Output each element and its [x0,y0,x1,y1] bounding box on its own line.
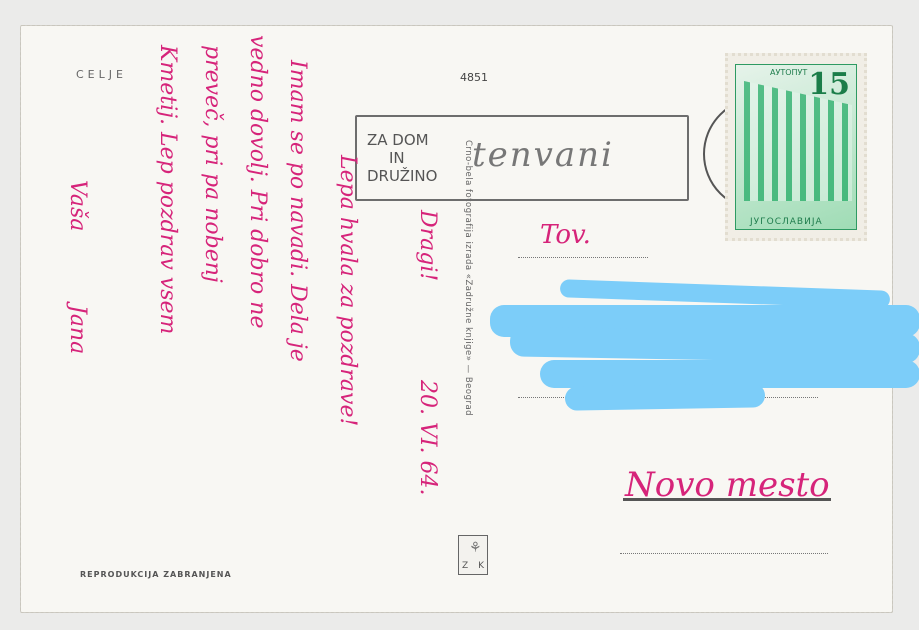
address-salutation: Tov. [540,220,591,250]
slogan-text: ZA DOM IN DRUŽINO [367,131,437,185]
redaction-stroke [510,326,919,363]
handwritten-date: 20. VI. 64. [415,380,440,496]
handwritten-line-3: vedno dovolj. Pri dobro ne [245,35,270,329]
card-number: 4851 [460,71,488,84]
stamp-value: 15 [808,67,850,102]
handwritten-line-5: Kmetij. Lep pozdrav vsem [155,45,180,334]
logo-letter-left: Z [462,561,468,571]
handwritten-line-2: Imam se po navadi. Dela je [285,60,310,362]
redaction-stroke [565,383,765,410]
address-line-1 [518,257,648,258]
stamp-frame: АУТОПУТ 15 ЈУГОСЛАВИЈА [735,64,857,230]
stamp-country: ЈУГОСЛАВИЈА [750,217,823,227]
stamp-title: АУТОПУТ [770,68,807,77]
address-line-4 [620,553,828,554]
reproduction-notice: REPRODUKCIJA ZABRANJENA [80,570,232,579]
handwritten-greeting: Dragi! [415,210,440,281]
logo-letter-right: K [478,561,484,571]
postcard-back: CELJE 4851 REPRODUKCIJA ZABRANJENA Crno-… [20,25,893,613]
slogan-script-word: tenvani [472,135,614,175]
handwritten-line-4: preveč, pri pa nobenj [200,45,225,283]
slogan-cancellation: ZA DOM IN DRUŽINO tenvani [355,115,689,201]
publisher-logo: ⚘ Z K [458,535,488,575]
handwritten-signature: Jana [65,305,90,354]
postage-stamp: АУТОПУТ 15 ЈУГОСЛАВИЈА [725,53,867,241]
city-underline [623,498,831,501]
handwritten-line-1: Lepa hvala za pozdrave! [335,155,360,426]
handwritten-closing: Vaša [65,180,90,231]
wheat-book-icon: ⚘ [469,540,482,556]
place-name: CELJE [76,68,127,81]
